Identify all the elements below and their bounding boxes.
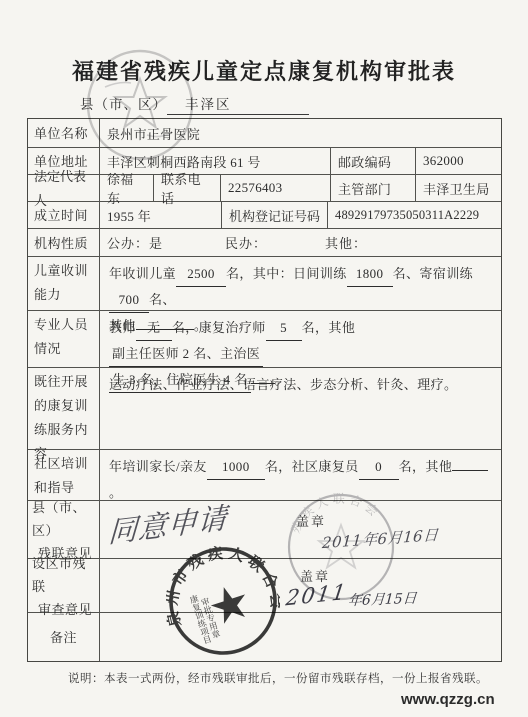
table-row: 专业人员情况 教师无名，康复治疗师5名，其他副主任医师 2 名、主治医 生 3 … (28, 311, 501, 368)
community-value-parents: 1000 (207, 454, 265, 480)
postal-code-label: 邮政编码 (331, 148, 416, 174)
approval-table: 单位名称 泉州市正骨医院 单位地址 丰泽区刺桐西路南段 61 号 邮政编码 36… (27, 118, 502, 662)
nature-public-label: 公办： (107, 233, 149, 252)
registration-label: 机构登记证号码 (222, 202, 328, 228)
capacity-value-boarding: 700 (109, 287, 149, 313)
services-value: 运动疗法、作业疗法、语言疗法、步态分析、针灸、理疗。 (100, 368, 501, 449)
handwritten-year-city: 2011 (284, 580, 349, 611)
postal-code-value: 362000 (416, 148, 501, 174)
region-value: 丰泽区 (185, 97, 232, 112)
services-label: 既往开展的康复训练服务内容 (28, 368, 100, 449)
table-row: 单位地址 丰泽区刺桐西路南段 61 号 邮政编码 362000 (28, 148, 501, 175)
staff-label: 专业人员情况 (28, 311, 100, 367)
capacity-label: 儿童收训能力 (28, 257, 100, 310)
staff-text: 教师无名，康复治疗师5名，其他副主任医师 2 名、主治医 生 3 名，住院医生 … (100, 311, 501, 367)
community-period: 。 (109, 485, 122, 500)
table-row: 机构性质 公办： 是 民办： 其他： (28, 229, 501, 257)
nature-label: 机构性质 (28, 229, 100, 256)
capacity-text: 年收训儿童2500名，其中：日间训练1800名、寄宿训练700名、 其他。 (100, 257, 501, 310)
table-row: 成立时间 1955 年 机构登记证号码 48929179735050311A22… (28, 202, 501, 229)
legal-rep-label: 法定代表人 (28, 175, 100, 201)
community-p1: 年培训家长/亲友 (109, 459, 207, 474)
seal-here-label: 盖章 (296, 511, 326, 530)
capacity-p1: 年收训儿童 (109, 266, 176, 281)
nature-public-value: 是 (149, 233, 163, 252)
capacity-value-day: 1800 (347, 261, 393, 287)
table-row: 社区培训和指导 年培训家长/亲友1000名，社区康复员0名，其他。 (28, 450, 501, 501)
region-value-underline: 丰泽区 (167, 93, 309, 115)
community-p2: 名，社区康复员 (265, 459, 359, 474)
blank-underline (452, 470, 488, 471)
dept-value: 丰泽卫生局 (416, 175, 501, 201)
community-value-workers: 0 (359, 454, 399, 480)
unit-name-label: 单位名称 (28, 119, 100, 147)
handwritten-date-city: 年6月15日 (347, 588, 417, 610)
scanned-approval-form: 福建省残疾儿童定点康复机构审批表 县（市、区）丰泽区 单位名称 泉州市正骨医院 … (0, 0, 528, 717)
remark-value (100, 613, 501, 661)
site-watermark: www.qzzg.cn (401, 691, 495, 708)
staff-p2: 名，康复治疗师 (172, 320, 266, 335)
phone-label: 联系电话 (154, 175, 221, 201)
capacity-p2: 名，其中：日间训练 (226, 266, 347, 281)
remark-label: 备注 (28, 613, 100, 661)
table-row: 县（市、区） 残联意见 同意申请 盖章 2011年6月16日 (28, 501, 501, 559)
phone-value: 22576403 (221, 175, 331, 201)
capacity-p3: 名、寄宿训练 (393, 266, 473, 281)
form-instructions: 说明：本表一式两份，经市残联审批后，一份留市残联存档，一份上报省残联。 (68, 670, 488, 686)
handwritten-approval: 同意申请 (107, 495, 228, 551)
community-text: 年培训家长/亲友1000名，社区康复员0名，其他。 (100, 450, 501, 500)
region-label: 县（市、区） (80, 97, 167, 112)
founded-label: 成立时间 (28, 202, 100, 228)
capacity-p4: 名、 (149, 292, 176, 307)
table-row: 设区市残联 审查意见 盖章 2011 年6月15日 (28, 559, 501, 613)
region-row: 县（市、区）丰泽区 (80, 93, 309, 115)
nature-private-label: 民办： (225, 233, 267, 252)
staff-value-other-1: 副主任医师 2 名、主治医 (109, 341, 263, 367)
founded-value: 1955 年 (100, 202, 222, 228)
table-row: 既往开展的康复训练服务内容 运动疗法、作业疗法、语言疗法、步态分析、针灸、理疗。 (28, 368, 501, 450)
nature-other-label: 其他： (325, 233, 367, 252)
table-row: 单位名称 泉州市正骨医院 (28, 119, 501, 148)
community-label: 社区培训和指导 (28, 450, 100, 500)
legal-rep-value: 徐福东 (100, 175, 154, 201)
unit-name-value: 泉州市正骨医院 (100, 119, 501, 147)
staff-p3: 名，其他 (302, 320, 356, 335)
registration-value: 48929179735050311A2229 (328, 202, 501, 228)
capacity-value-total: 2500 (176, 261, 226, 287)
city-review-label-1: 设区市残联 (32, 552, 97, 598)
table-row: 儿童收训能力 年收训儿童2500名，其中：日间训练1800名、寄宿训练700名、… (28, 257, 501, 311)
table-row: 备注 (28, 613, 501, 661)
staff-value-teachers: 无 (136, 315, 172, 341)
table-row: 法定代表人 徐福东 联系电话 22576403 主管部门 丰泽卫生局 (28, 175, 501, 202)
staff-value-therapists: 5 (266, 315, 302, 341)
form-title: 福建省残疾儿童定点康复机构审批表 (0, 55, 528, 86)
dept-label: 主管部门 (331, 175, 416, 201)
staff-p1: 教师 (109, 320, 136, 335)
county-opinion-label-1: 县（市、区） (32, 496, 97, 542)
community-p3: 名，其他 (399, 459, 453, 474)
handwritten-date-county: 2011年6月16日 (321, 524, 439, 553)
